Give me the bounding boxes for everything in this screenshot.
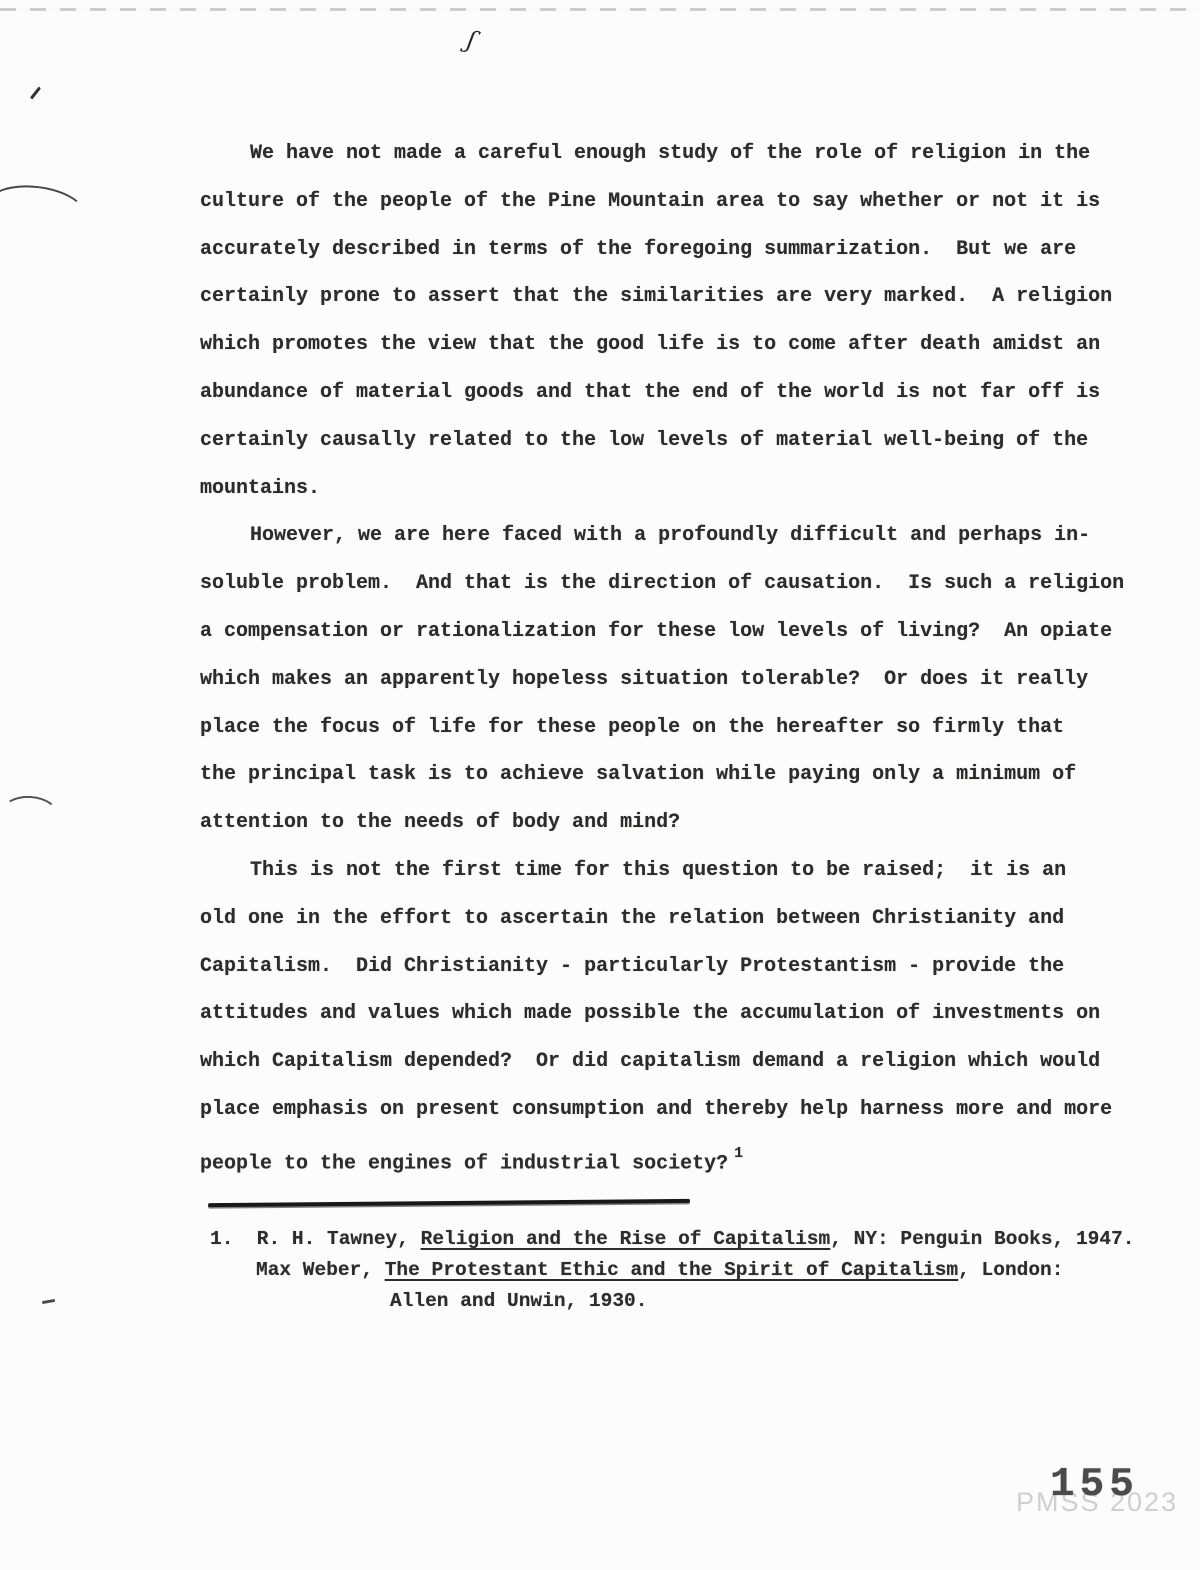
text-line: attitudes and values which made possible… (200, 990, 1160, 1038)
text-line: a compensation or rationalization for th… (200, 608, 1160, 656)
footnote-line: 1. R. H. Tawney, Religion and the Rise o… (210, 1224, 1170, 1255)
scanned-document-page: ʃ We have not made a careful enough stud… (0, 0, 1200, 1570)
footnote-separator-line (208, 1199, 690, 1207)
footnote-line: Max Weber, The Protestant Ethic and the … (210, 1255, 1170, 1286)
text-line: people to the engines of industrial soci… (200, 1134, 1160, 1182)
text-line: the principal task is to achieve salvati… (200, 751, 1160, 799)
text-line: attention to the needs of body and mind? (200, 799, 1160, 847)
footnote-text: , London: (958, 1259, 1063, 1281)
text-line: soluble problem. And that is the directi… (200, 560, 1160, 608)
text-line: old one in the effort to ascertain the r… (200, 895, 1160, 943)
text-line: which makes an apparently hopeless situa… (200, 656, 1160, 704)
footnote-text: , NY: Penguin Books, 1947. (830, 1228, 1134, 1250)
text-line: culture of the people of the Pine Mounta… (200, 178, 1160, 226)
text-line: certainly prone to assert that the simil… (200, 273, 1160, 321)
text-line: mountains. (200, 465, 1160, 513)
text-line: certainly causally related to the low le… (200, 417, 1160, 465)
body-text: We have not made a careful enough study … (200, 130, 1160, 1182)
text-line: accurately described in terms of the for… (200, 226, 1160, 274)
stray-mark-dash (42, 1299, 55, 1304)
footnote: 1. R. H. Tawney, Religion and the Rise o… (210, 1224, 1170, 1317)
footnote-text: Max Weber, (256, 1259, 385, 1281)
footnote-line: Allen and Unwin, 1930. (210, 1286, 1170, 1317)
text-line: which Capitalism depended? Or did capita… (200, 1038, 1160, 1086)
text-line: place the focus of life for these people… (200, 704, 1160, 752)
footnote-text: Allen and Unwin, 1930. (390, 1290, 647, 1312)
book-title: The Protestant Ethic and the Spirit of C… (385, 1259, 958, 1281)
scan-edge-streak (0, 8, 1200, 11)
page-number: 155 (1050, 1462, 1139, 1508)
scan-artifact-arc-lower (1, 794, 59, 832)
text-line: However, we are here faced with a profou… (200, 512, 1160, 560)
stray-mark-backslash (30, 87, 41, 100)
footnote-reference: 1 (734, 1145, 743, 1162)
text-line: We have not made a careful enough study … (200, 130, 1160, 178)
stray-pen-mark: ʃ (464, 26, 479, 54)
text-line: place emphasis on present consumption an… (200, 1086, 1160, 1134)
footnote-text: 1. R. H. Tawney, (210, 1228, 421, 1250)
book-title: Religion and the Rise of Capitalism (421, 1228, 831, 1250)
scan-artifact-arc-upper (0, 180, 89, 240)
text-line: abundance of material goods and that the… (200, 369, 1160, 417)
text-line: which promotes the view that the good li… (200, 321, 1160, 369)
text-line: This is not the first time for this ques… (200, 847, 1160, 895)
text-line: Capitalism. Did Christianity - particula… (200, 943, 1160, 991)
